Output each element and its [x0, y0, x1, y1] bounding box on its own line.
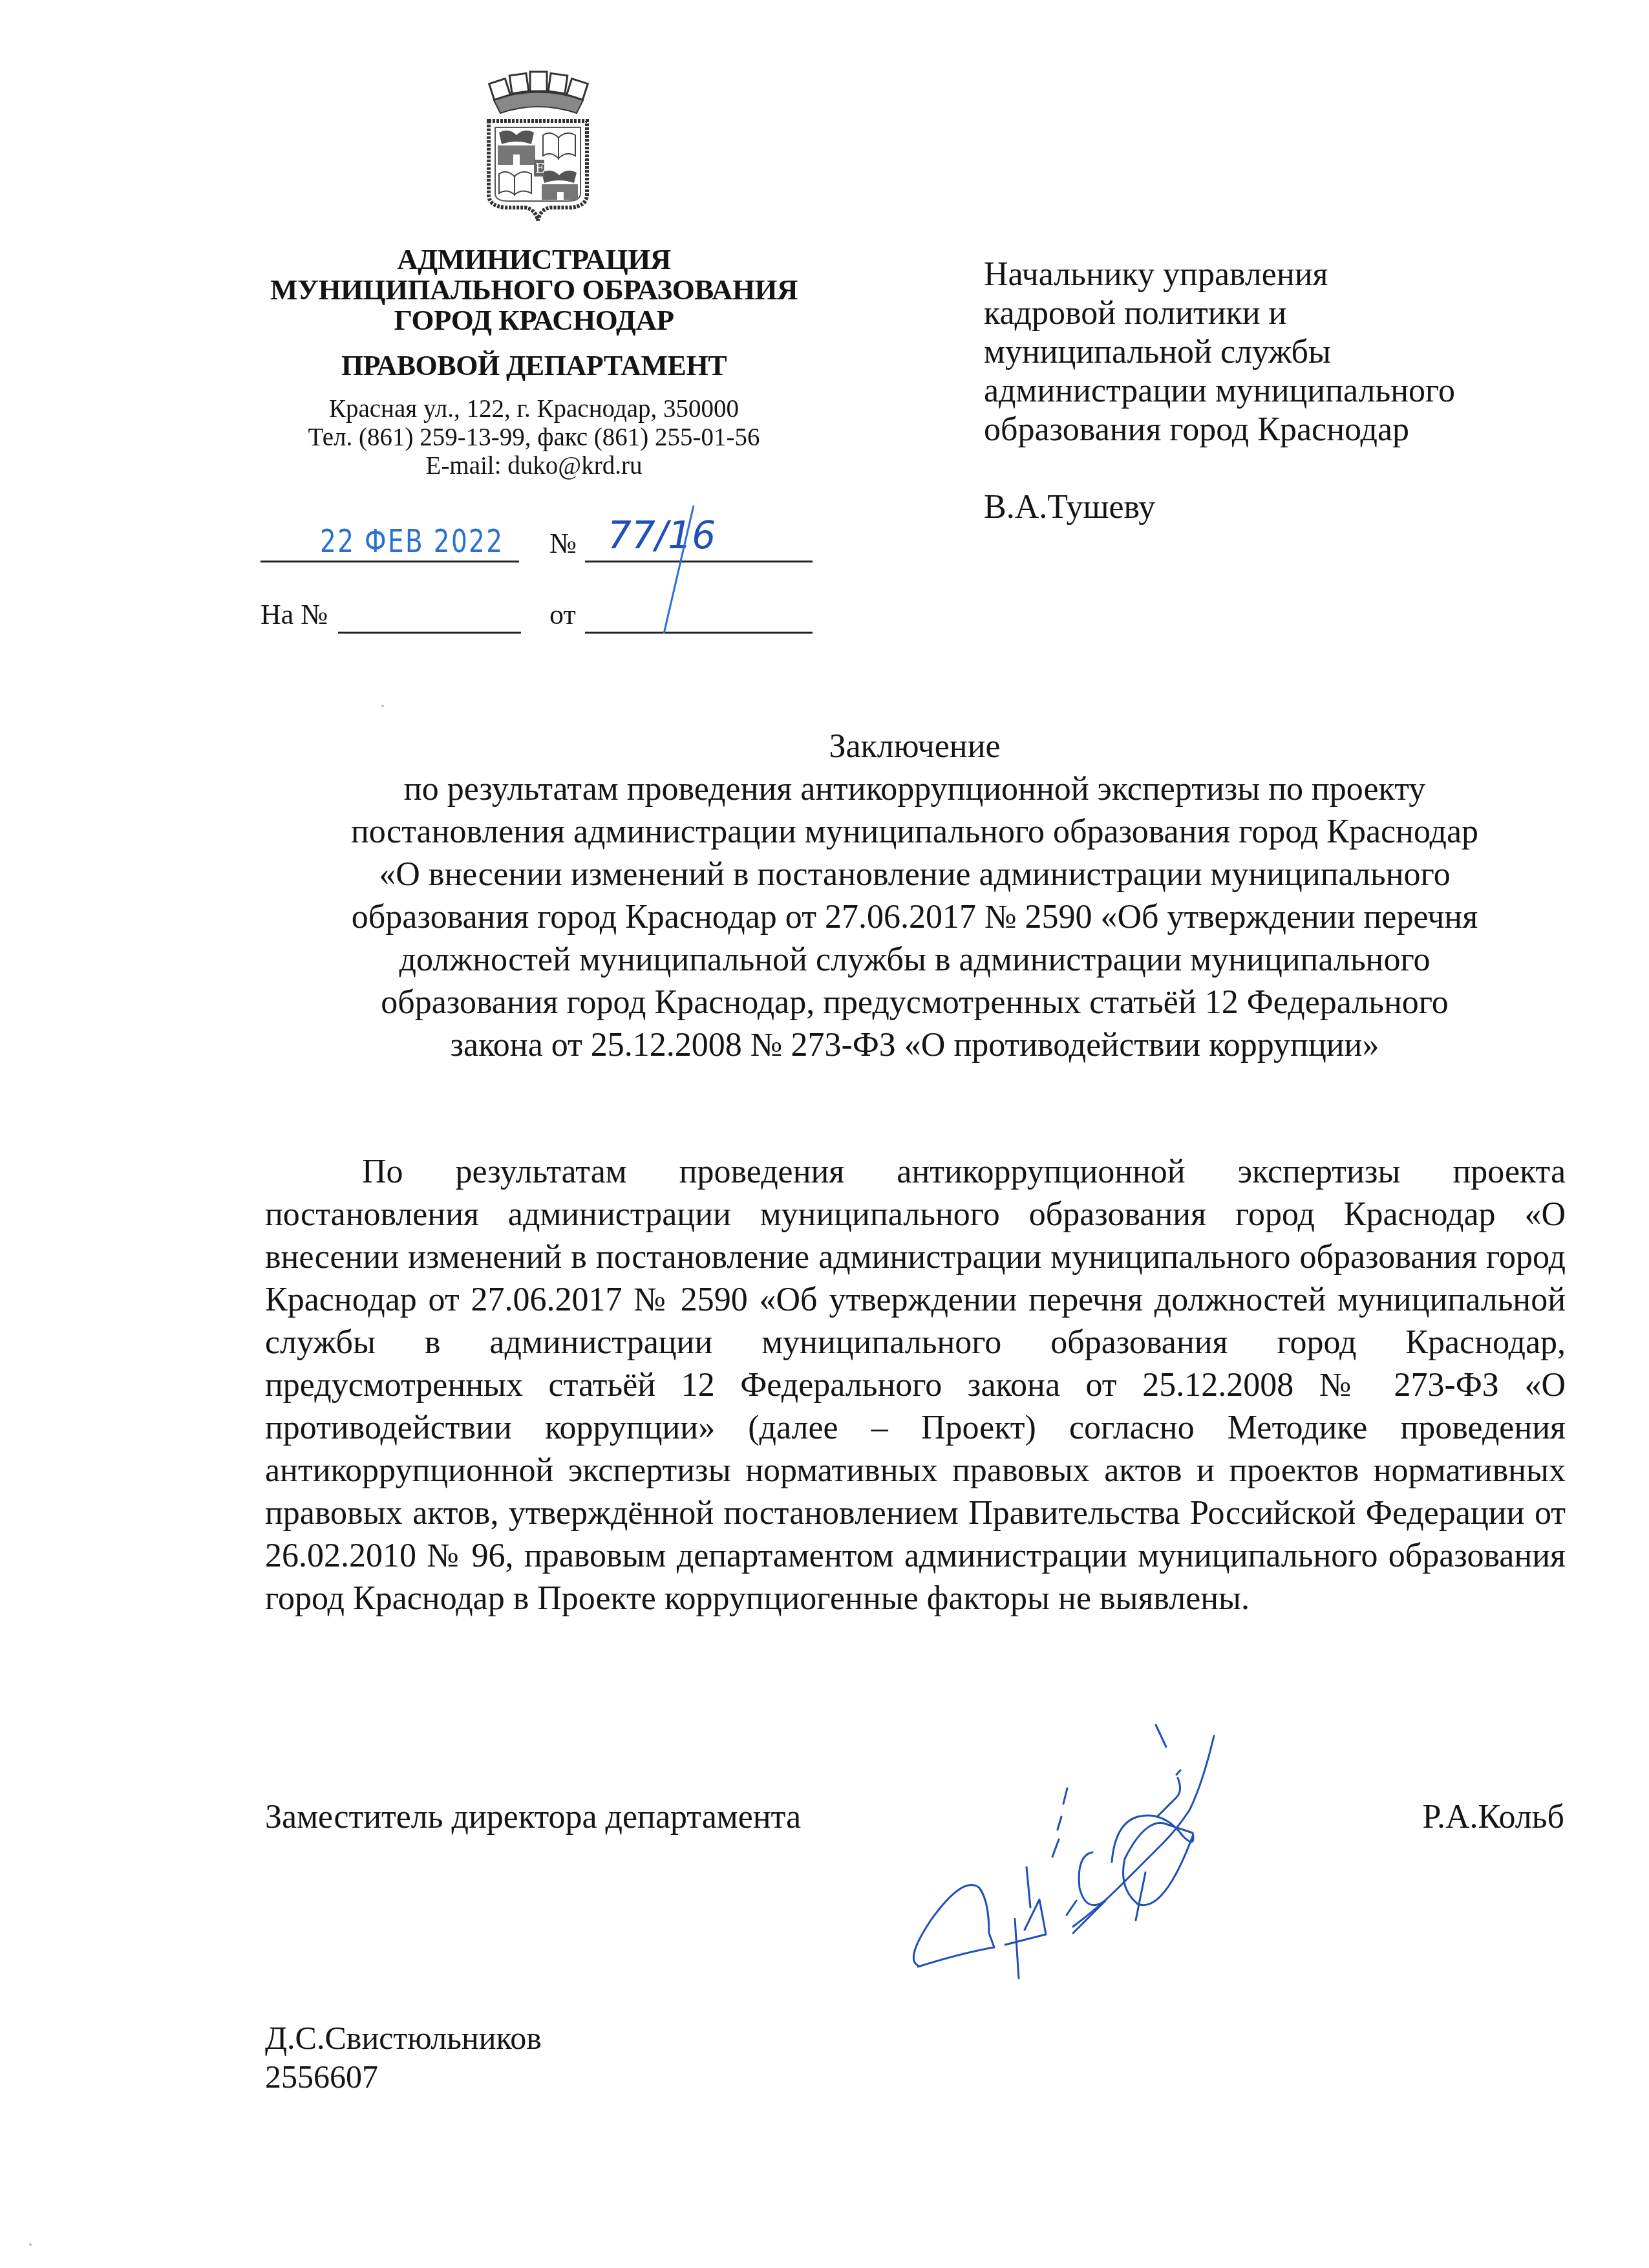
- recipient-block: Начальнику управления кадровой политики …: [984, 255, 1579, 527]
- executor-block: Д.С.Свистюльников 2556607: [265, 2018, 542, 2096]
- pen-stroke-icon: [617, 498, 708, 640]
- handwritten-signature-icon: [892, 1707, 1422, 1985]
- signatory-position: Заместитель директора департамента: [265, 1796, 801, 1839]
- reply-reg-row: На № от: [255, 595, 813, 634]
- reply-from-label: от: [549, 598, 576, 631]
- executor-name: Д.С.Свистюльников: [265, 2018, 542, 2057]
- signatory-name: Р.А.Кольб: [1422, 1796, 1564, 1839]
- recipient-line-4: администрации муниципального: [984, 372, 1579, 411]
- executor-phone: 2556607: [265, 2057, 542, 2096]
- recipient-line-2: кадровой политики и: [984, 294, 1579, 333]
- reply-number-underline: [338, 632, 521, 634]
- recipient-name: В.А.Тушеву: [984, 488, 1579, 527]
- scan-speck: [381, 705, 384, 707]
- document-title: Заключение по результатам проведения ант…: [265, 725, 1564, 1067]
- outgoing-reg-row: 22 ФЕВ 2022 № 77/16: [255, 524, 813, 562]
- registration-block: 22 ФЕВ 2022 № 77/16 На № от: [255, 0, 813, 647]
- title-heading: Заключение: [265, 725, 1564, 768]
- title-line-1: по результатам проведения антикоррупцион…: [265, 768, 1564, 811]
- recipient-line-3: муниципальной службы: [984, 333, 1579, 372]
- title-line-2: постановления администрации муниципально…: [265, 811, 1564, 853]
- date-stamp: 22 ФЕВ 2022: [320, 522, 504, 560]
- title-line-7: закона от 25.12.2008 № 273-ФЗ «О противо…: [265, 1024, 1564, 1067]
- recipient-line-5: образования город Краснодар: [984, 411, 1579, 449]
- body-paragraph: По результатам проведения антикоррупцион…: [265, 1151, 1566, 1620]
- number-label: №: [549, 527, 577, 560]
- date-underline: [261, 561, 519, 562]
- title-line-4: образования город Краснодар от 27.06.201…: [265, 896, 1564, 939]
- recipient-line-1: Начальнику управления: [984, 255, 1579, 294]
- title-line-6: образования город Краснодар, предусмотре…: [265, 981, 1564, 1024]
- title-line-5: должностей муниципальной службы в админи…: [265, 939, 1564, 981]
- title-line-3: «О внесении изменений в постановление ад…: [265, 853, 1564, 896]
- scan-speck: [29, 2243, 32, 2246]
- reply-number-label: На №: [261, 598, 328, 631]
